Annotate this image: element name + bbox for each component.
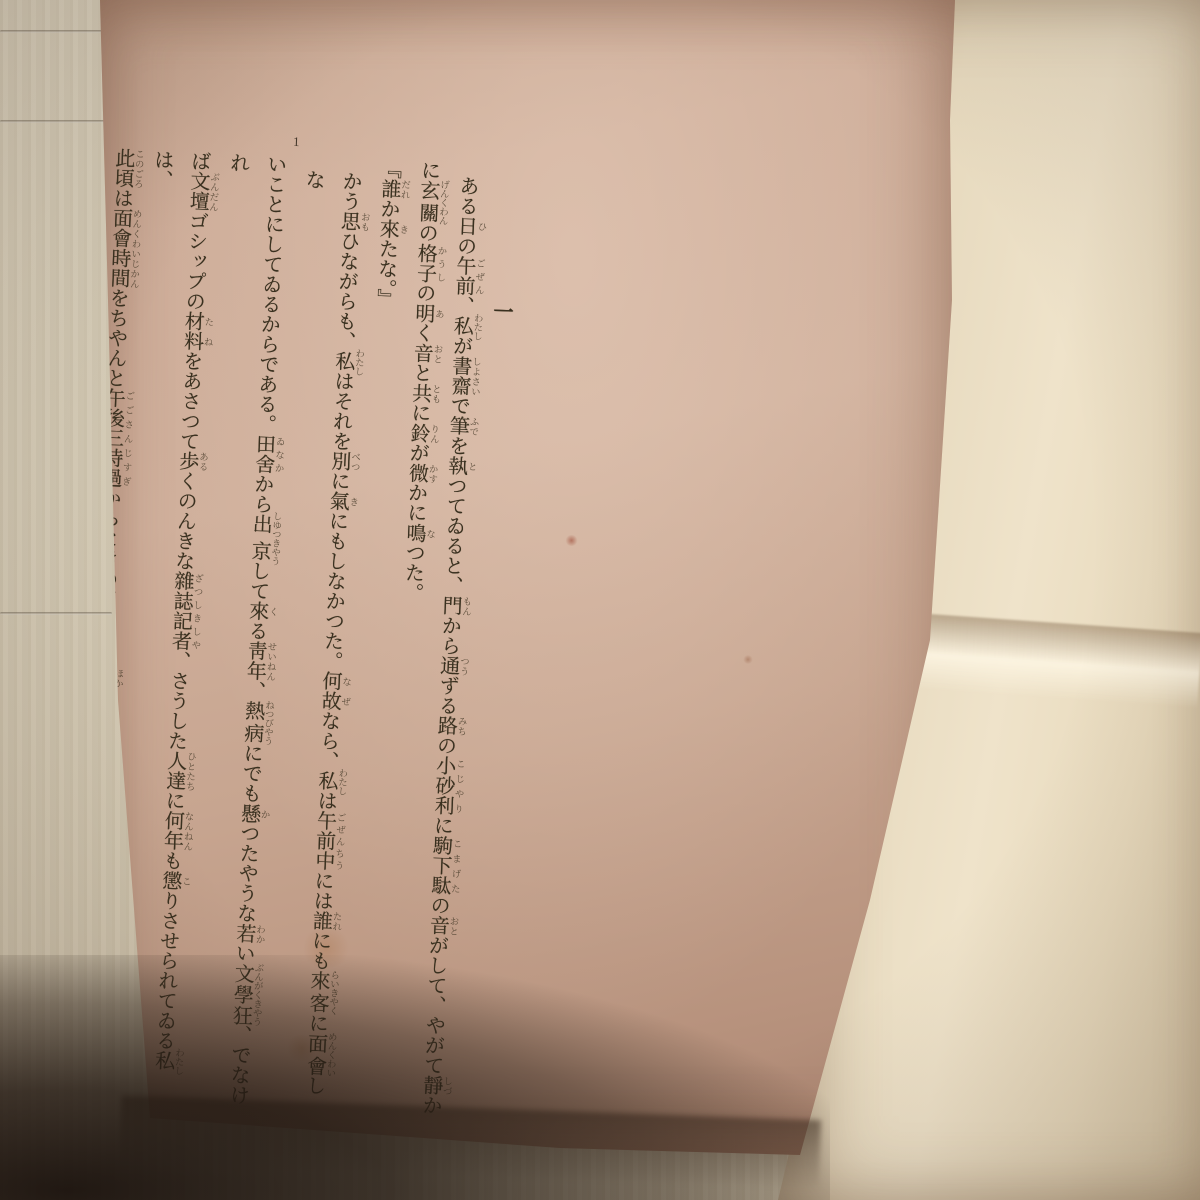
paper-stain [565, 535, 578, 546]
photo-scene: 1 一 ある日ひの午前ごぜん、私わたしが書齋しよさいで筆ふでを執とつてゐると、門… [0, 0, 1200, 1200]
wood-plank-groove [0, 30, 118, 33]
wood-plank-groove [0, 120, 108, 123]
wood-plank-groove [0, 612, 112, 615]
page-number: 1 [293, 134, 300, 150]
paper-stain [743, 655, 753, 664]
bottom-corner-shadow [0, 955, 830, 1200]
